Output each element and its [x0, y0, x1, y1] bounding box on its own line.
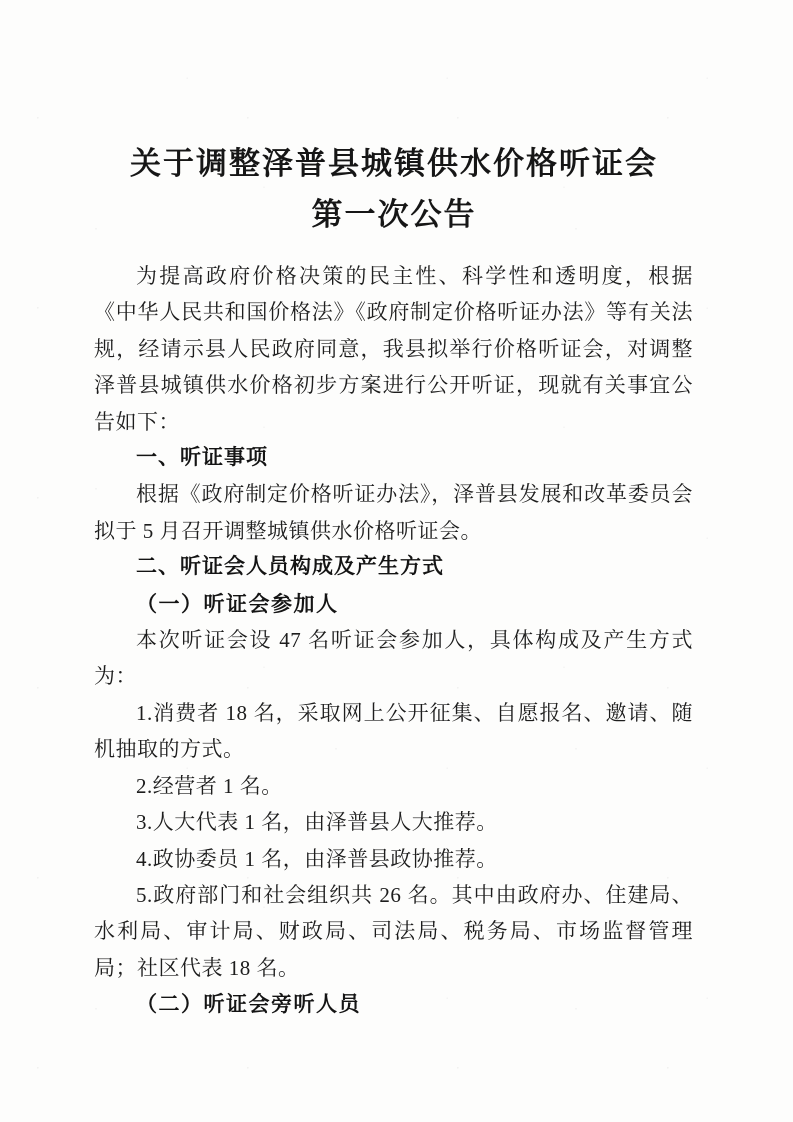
- subheading-participants: （一）听证会参加人: [94, 586, 693, 622]
- paragraph-intro: 为提高政府价格决策的民主性、科学性和透明度，根据《中华人民共和国价格法》《政府制…: [94, 258, 693, 440]
- paragraph-hearing-matter: 根据《政府制定价格听证办法》，泽普县发展和改革委员会拟于 5 月召开调整城镇供水…: [94, 476, 693, 549]
- title-line-1: 关于调整泽普县城镇供水价格听证会: [94, 138, 694, 189]
- document-page: 关于调整泽普县城镇供水价格听证会 第一次公告 为提高政府价格决策的民主性、科学性…: [0, 0, 793, 1122]
- title-line-2: 第一次公告: [94, 189, 694, 240]
- list-item-npc-deputy: 3.人大代表 1 名，由泽普县人大推荐。: [94, 804, 693, 840]
- document-body: 为提高政府价格决策的民主性、科学性和透明度，根据《中华人民共和国价格法》《政府制…: [94, 258, 693, 1023]
- heading-section-1: 一、听证事项: [94, 440, 693, 476]
- list-item-consumers: 1.消费者 18 名，采取网上公开征集、自愿报名、邀请、随机抽取的方式。: [94, 695, 693, 768]
- paragraph-participant-count: 本次听证会设 47 名听证会参加人，具体构成及产生方式为：: [94, 622, 693, 695]
- heading-section-2: 二、听证会人员构成及产生方式: [94, 549, 693, 585]
- list-item-cppcc-member: 4.政协委员 1 名，由泽普县政协推荐。: [94, 841, 693, 877]
- list-item-gov-departments: 5.政府部门和社会组织共 26 名。其中由政府办、住建局、水利局、审计局、财政局…: [94, 877, 693, 986]
- subheading-observers: （二）听证会旁听人员: [94, 986, 693, 1022]
- list-item-operators: 2.经营者 1 名。: [94, 768, 693, 804]
- document-title: 关于调整泽普县城镇供水价格听证会 第一次公告: [94, 138, 694, 240]
